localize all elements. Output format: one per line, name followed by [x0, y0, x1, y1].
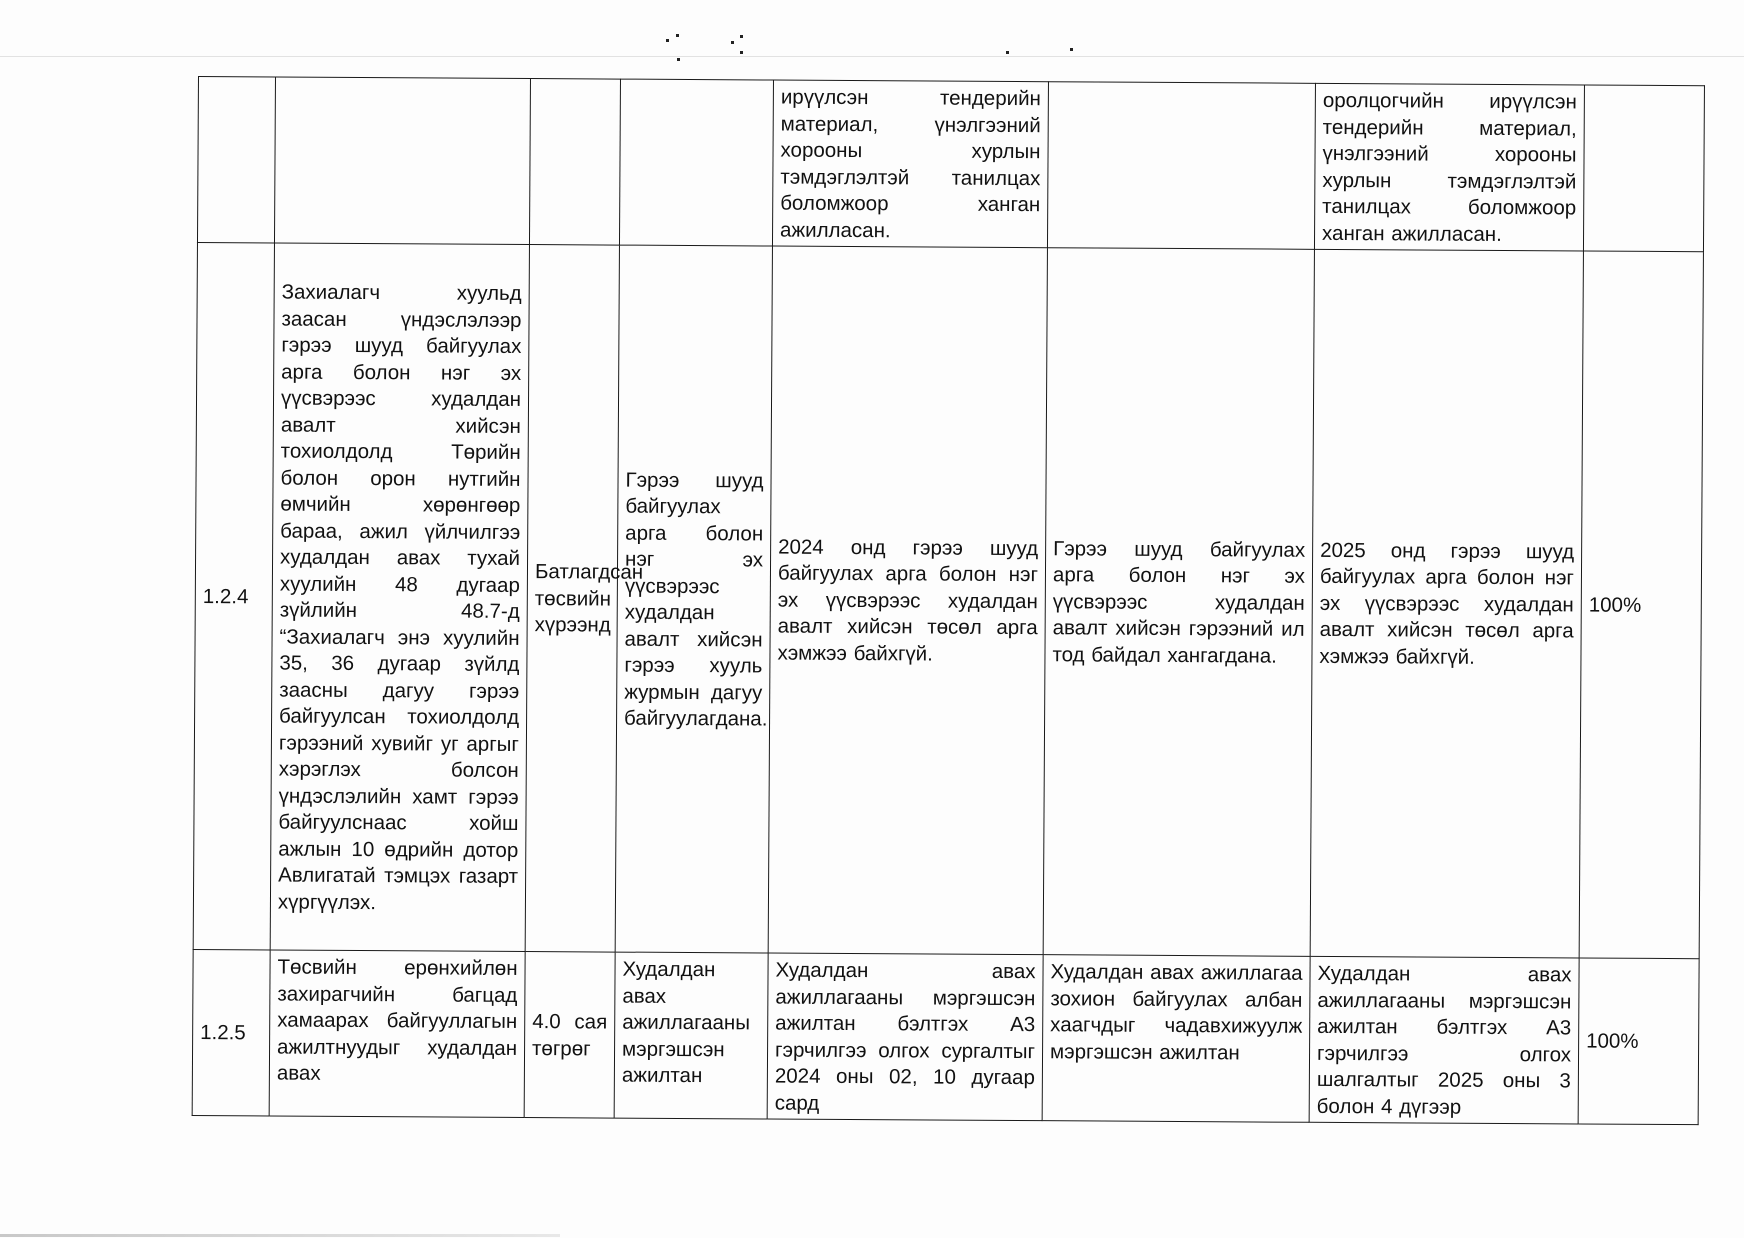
- scan-artifact-line: [0, 1234, 560, 1237]
- scan-artifact-dot: [1070, 48, 1073, 51]
- expected-result-cell: [619, 79, 773, 246]
- criteria-cell: Худалдан авах ажиллагаа зохион байгуулах…: [1042, 955, 1310, 1123]
- performance-2025-cell: Худалдан авах ажиллагааны мэргэшсэн ажил…: [1309, 956, 1579, 1124]
- scan-artifact-dot: [676, 34, 679, 37]
- criteria-cell: Гэрээ шууд байгуулах арга болон нэг эх ү…: [1043, 248, 1314, 957]
- performance-2024-cell: 2024 онд гэрээ шууд байгуулах арга болон…: [768, 246, 1047, 955]
- table-row: 1.2.5 Төсвийн ерөнхийлөн захирагчийн баг…: [192, 949, 1699, 1124]
- performance-2024-cell: Худалдан авах ажиллагааны мэргэшсэн ажил…: [767, 953, 1043, 1121]
- expected-result-cell: Гэрээ шууд байгуулах арга болон нэг эх ү…: [615, 245, 772, 953]
- budget-cell: [529, 79, 620, 246]
- measure-cell: [274, 77, 530, 245]
- performance-2025-cell: оролцогчийн ирүүлсэн тендерийн материал,…: [1314, 83, 1584, 251]
- measure-cell: Төсвийн ерөнхийлөн захирагчийн багцад ха…: [269, 950, 525, 1118]
- performance-2024-cell: ирүүлсэн тендерийн материал, үнэлгээний …: [772, 80, 1048, 248]
- table-row: ирүүлсэн тендерийн материал, үнэлгээний …: [197, 77, 1704, 252]
- budget-cell: Батлагдсан төсвийн хүрээнд: [525, 245, 619, 953]
- criteria-cell: [1047, 82, 1315, 250]
- budget-cell: 4.0 сая төгрөг: [524, 952, 615, 1119]
- expected-result-cell: Худалдан авах ажиллагааны мэргэшсэн ажил…: [614, 952, 768, 1119]
- scan-artifact-dot: [677, 58, 680, 61]
- row-number: 1.2.5: [192, 949, 270, 1115]
- scan-artifact-dot: [666, 39, 669, 42]
- percent-cell: 100%: [1579, 251, 1703, 959]
- scan-artifact-dot: [731, 41, 734, 44]
- scan-artifact-line: [0, 56, 1744, 57]
- action-plan-table: ирүүлсэн тендерийн материал, үнэлгээний …: [192, 76, 1705, 1125]
- scan-artifact-dot: [740, 35, 743, 38]
- percent-cell: 100%: [1578, 958, 1699, 1125]
- scan-artifact-dot: [1006, 51, 1009, 54]
- row-number: [197, 77, 275, 243]
- percent-cell: [1583, 85, 1704, 252]
- scan-artifact-dot: [740, 51, 743, 54]
- performance-2025-cell: 2025 онд гэрээ шууд байгуулах арга болон…: [1310, 249, 1583, 958]
- measure-cell: Захиалагч хуульд заасан үндэслэлээр гэрэ…: [270, 243, 529, 952]
- table-row: 1.2.4 Захиалагч хуульд заасан үндэслэлээ…: [193, 242, 1703, 958]
- row-number: 1.2.4: [193, 242, 274, 949]
